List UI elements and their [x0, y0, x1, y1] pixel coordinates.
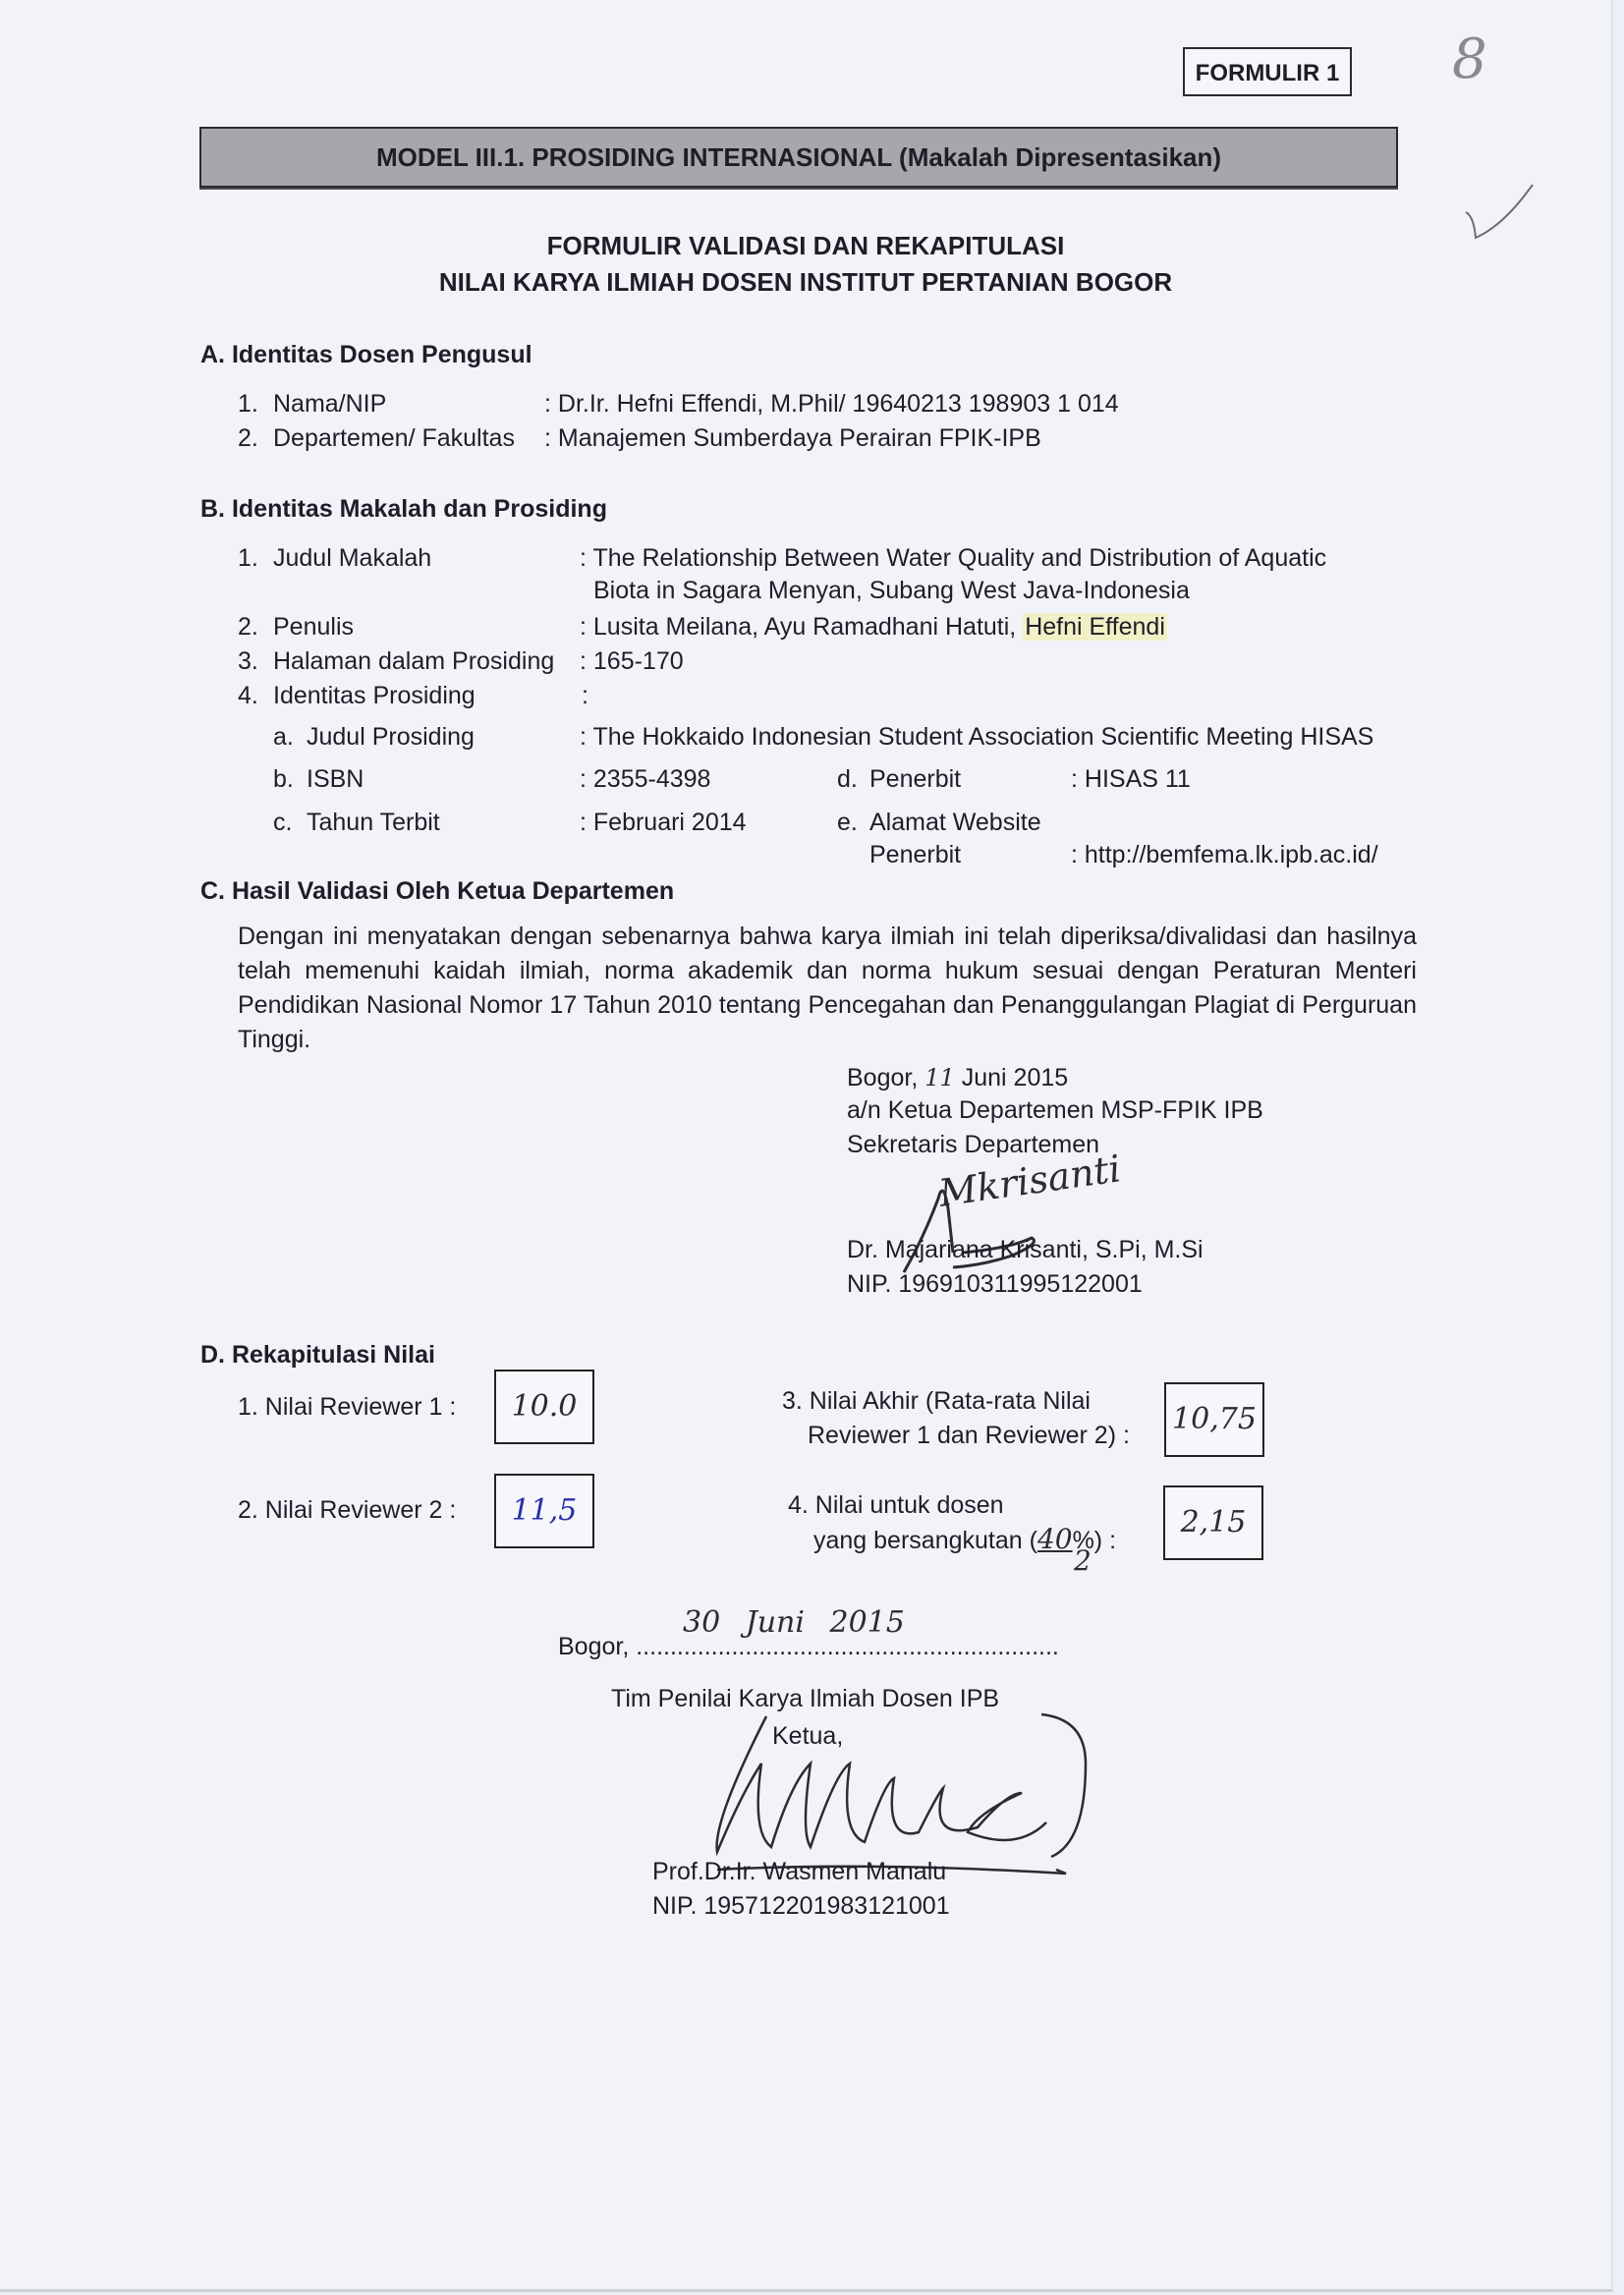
nama-nip-label: Nama/NIP: [273, 389, 386, 419]
final-score: 10,75: [1172, 1402, 1257, 1436]
lecturer-score-label-line1: 4. Nilai untuk dosen: [788, 1490, 1004, 1520]
halaman-num: 3.: [238, 646, 258, 676]
judul-prosiding-label: Judul Prosiding: [307, 722, 475, 752]
website-value: : http://bemfema.lk.ipb.ac.id/: [1071, 840, 1378, 869]
lecturer-label-prefix: yang bersangkutan (: [813, 1527, 1037, 1554]
website-label-line1: Alamat Website: [869, 808, 1041, 837]
pencil-page-number: 8: [1452, 28, 1487, 91]
reviewer1-label: 1. Nilai Reviewer 1 :: [238, 1392, 456, 1422]
section-c-heading: C. Hasil Validasi Oleh Ketua Departemen: [200, 877, 674, 906]
identitas-num: 4.: [238, 681, 258, 710]
departemen-value: : Manajemen Sumberdaya Perairan FPIK-IPB: [544, 423, 1041, 453]
halaman-value: : 165-170: [580, 646, 684, 676]
chairman-nip: NIP. 195712201983121001: [652, 1891, 950, 1921]
tahun-num: c.: [273, 808, 292, 837]
final-score-label-line2: Reviewer 1 dan Reviewer 2) :: [808, 1421, 1130, 1450]
validation-date: Bogor, 11 Juni 2015: [847, 1063, 1068, 1092]
form-title-line1: FORMULIR VALIDASI DAN REKAPITULASI: [0, 231, 1611, 261]
lecturer-score: 2,15: [1181, 1505, 1247, 1539]
website-num: e.: [837, 808, 858, 837]
final-score-box: 10,75: [1164, 1382, 1264, 1457]
final-score-label-line1: 3. Nilai Akhir (Rata-rata Nilai: [782, 1386, 1091, 1416]
validation-date-prefix: Bogor,: [847, 1064, 924, 1092]
penerbit-label: Penerbit: [869, 764, 961, 794]
validation-date-suffix: Juni 2015: [955, 1064, 1068, 1092]
reviewer1-score: 10.0: [512, 1389, 578, 1424]
lecturer-score-label-line2: yang bersangkutan (40%) :: [813, 1525, 1116, 1555]
judul-makalah-num: 1.: [238, 543, 258, 573]
isbn-value: : 2355-4398: [580, 764, 710, 794]
footer-handwritten-date: 30 Juni 2015: [683, 1605, 905, 1640]
chairman-name: Prof.Dr.Ir. Wasmen Manalu: [652, 1857, 946, 1886]
judul-prosiding-value: : The Hokkaido Indonesian Student Associ…: [580, 722, 1373, 752]
identitas-label: Identitas Prosiding: [273, 681, 476, 710]
penulis-names: : Lusita Meilana, Ayu Ramadhani Hatuti,: [580, 613, 1023, 641]
model-banner: MODEL III.1. PROSIDING INTERNASIONAL (Ma…: [199, 127, 1398, 188]
halaman-label: Halaman dalam Prosiding: [273, 646, 554, 676]
isbn-num: b.: [273, 764, 294, 794]
section-d-heading: D. Rekapitulasi Nilai: [200, 1341, 435, 1370]
section-a-num-2: 2.: [238, 423, 258, 453]
secretary-name: Dr. Majariana Krisanti, S.Pi, M.Si: [847, 1235, 1204, 1264]
penerbit-value: : HISAS 11: [1071, 764, 1191, 794]
nama-nip-value: : Dr.Ir. Hefni Effendi, M.Phil/ 19640213…: [544, 389, 1119, 419]
departemen-label: Departemen/ Fakultas: [273, 423, 515, 453]
penulis-num: 2.: [238, 612, 258, 642]
highlighted-author: Hefni Effendi: [1023, 613, 1167, 641]
tahun-value: : Februari 2014: [580, 808, 747, 837]
on-behalf-line: a/n Ketua Departemen MSP-FPIK IPB: [847, 1095, 1263, 1125]
judul-makalah-label: Judul Makalah: [273, 543, 431, 573]
lecturer-score-box: 2,15: [1163, 1485, 1263, 1560]
tahun-label: Tahun Terbit: [307, 808, 440, 837]
scanned-page: FORMULIR 1 8 MODEL III.1. PROSIDING INTE…: [0, 0, 1613, 2292]
section-b-heading: B. Identitas Makalah dan Prosiding: [200, 495, 607, 524]
section-a-heading: A. Identitas Dosen Pengusul: [200, 341, 532, 369]
penerbit-num: d.: [837, 764, 858, 794]
website-label-line2: Penerbit: [869, 840, 961, 869]
handwritten-percent: 40: [1037, 1523, 1073, 1555]
judul-prosiding-num: a.: [273, 722, 294, 752]
section-a-num-1: 1.: [238, 389, 258, 419]
reviewer2-score-box: 11,5: [494, 1474, 594, 1548]
form-number-box: FORMULIR 1: [1183, 47, 1352, 96]
judul-makalah-value-line2: Biota in Sagara Menyan, Subang West Java…: [593, 576, 1190, 605]
isbn-label: ISBN: [307, 764, 364, 794]
secretary-nip: NIP. 196910311995122001: [847, 1269, 1143, 1299]
judul-makalah-value-line1: : The Relationship Between Water Quality…: [580, 543, 1326, 573]
identitas-value: :: [582, 681, 588, 710]
penulis-value: : Lusita Meilana, Ayu Ramadhani Hatuti, …: [580, 612, 1167, 642]
reviewer1-score-box: 10.0: [494, 1370, 594, 1444]
handwritten-day: 11: [924, 1064, 955, 1092]
reviewer2-label: 2. Nilai Reviewer 2 :: [238, 1495, 456, 1525]
form-title-line2: NILAI KARYA ILMIAH DOSEN INSTITUT PERTAN…: [0, 267, 1611, 298]
footer-date-prefix: Bogor,: [558, 1633, 636, 1660]
validation-paragraph: Dengan ini menyatakan dengan sebenarnya …: [238, 920, 1417, 1057]
penulis-label: Penulis: [273, 612, 354, 642]
handwritten-divisor: 2: [1074, 1544, 1092, 1577]
reviewer2-score: 11,5: [512, 1493, 578, 1528]
